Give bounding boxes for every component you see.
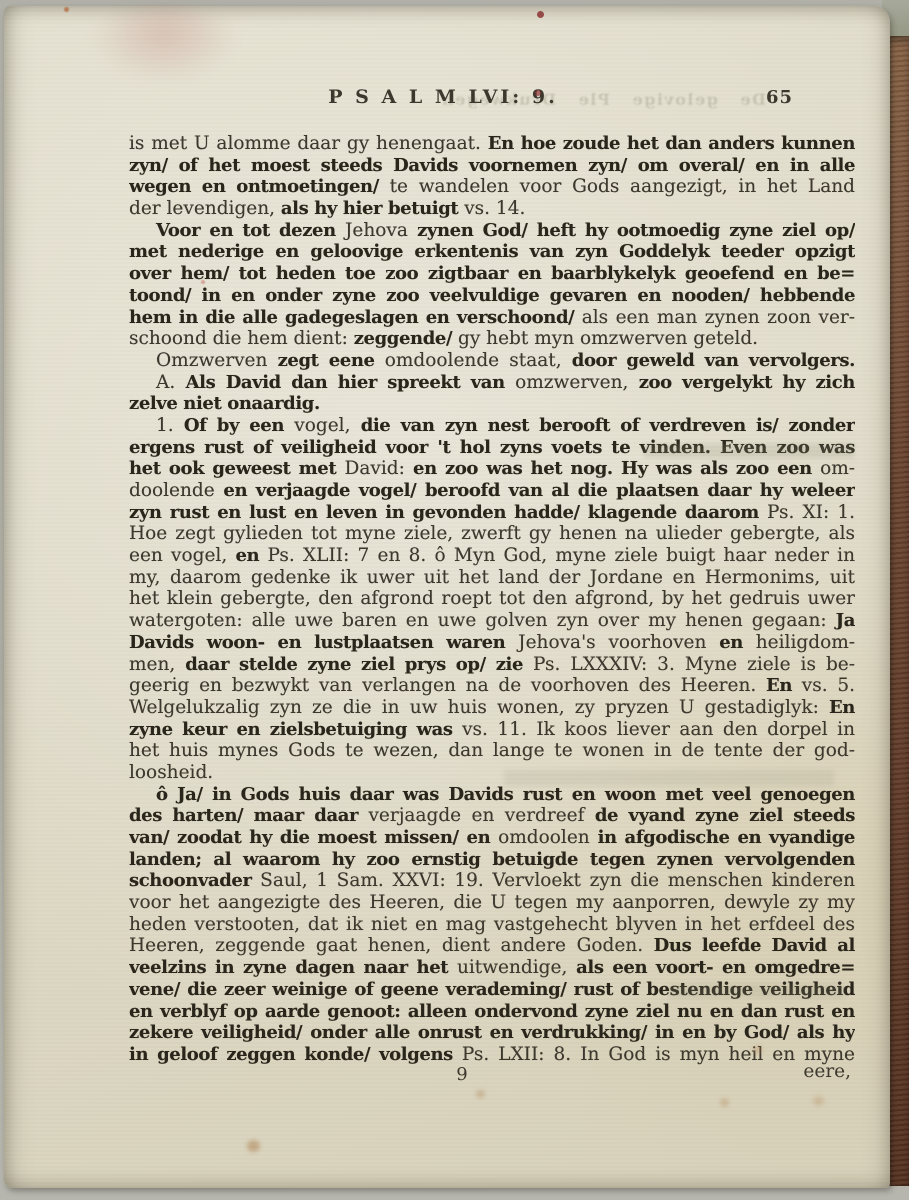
text-segment-roman: schoond die hem dient: xyxy=(129,328,354,349)
text-line: landen; al waarom hy zoo ernstig betuigd… xyxy=(129,849,855,871)
book-page-edge xyxy=(888,36,909,1186)
text-segment-roman: is met U alomme daar gy henengaat. xyxy=(129,133,488,154)
text-segment-blackletter: door geweld van vervolgers. xyxy=(572,350,855,371)
text-segment-blackletter: wegen en ontmoetingen/ xyxy=(129,176,390,197)
text-segment-blackletter: Dus leefde David al xyxy=(654,935,855,956)
text-line: het ook geweest met David: en zoo was he… xyxy=(129,458,855,480)
text-segment-roman: Hoe zegt gylieden tot myne ziele, zwerft… xyxy=(129,523,855,544)
text-segment-blackletter: En xyxy=(829,697,855,718)
text-segment-roman: uitwendige, xyxy=(457,957,576,978)
text-line: heden verstooten, dat ik niet en mag vas… xyxy=(129,914,855,936)
text-line: loosheid. xyxy=(129,762,855,784)
text-segment-roman: omdoolende staat, xyxy=(385,350,572,371)
text-segment-blackletter: en zoo was het nog. Hy was als zoo een xyxy=(413,458,820,479)
text-segment-blackletter: zynen God/ heft hy ootmoedig zyne ziel o… xyxy=(417,220,855,241)
text-segment-blackletter: ergens rust of veiligheid voor 't hol zy… xyxy=(129,437,855,458)
stain xyxy=(476,1090,485,1098)
text-line: een vogel, en Ps. XLII: 7 en 8. ô Myn Go… xyxy=(129,545,855,567)
text-line: over hem/ tot heden toe zoo zigtbaar en … xyxy=(129,263,855,285)
text-segment-roman: om- xyxy=(820,458,855,479)
text-line: Welgelukzalig zyn ze die in uw huis wone… xyxy=(129,697,855,719)
text-segment-blackletter: toond/ in en onder zyne zoo veelvuldige … xyxy=(129,285,855,306)
stain xyxy=(813,1096,824,1106)
text-segment-blackletter: zyn rust en lust en leven in gevonden ha… xyxy=(129,502,767,523)
text-segment-blackletter: schoonvader xyxy=(129,870,260,891)
text-segment-blackletter: over hem/ tot heden toe zoo zigtbaar en … xyxy=(129,263,855,284)
text-segment-blackletter: zelve niet onaardig. xyxy=(129,393,320,414)
text-segment-roman: heiligdom- xyxy=(756,632,855,653)
text-segment-roman: Ps. XI: 1. xyxy=(767,502,855,523)
text-segment-blackletter: Of by een xyxy=(184,415,294,436)
text-segment-roman: verjaagde en verdreef xyxy=(368,805,594,826)
text-segment-roman: omdoolen xyxy=(498,827,597,848)
text-line: der levendigen, als hy hier betuigt vs. … xyxy=(129,198,855,220)
text-segment-blackletter: en verblyf op aarde genoot: alleen onder… xyxy=(129,1001,855,1022)
text-segment-blackletter: in afgodische en vyandige xyxy=(598,827,855,848)
text-line: vene/ die zeer weinige of geene verademi… xyxy=(129,979,855,1001)
text-segment-roman: vs. 11. Ik koos liever aan den dorpel in xyxy=(462,719,855,740)
stain xyxy=(64,7,69,12)
text-segment-roman: A. xyxy=(156,372,186,393)
text-segment-roman: Heeren, zeggende gaat henen, dient ander… xyxy=(129,935,654,956)
text-line: en verblyf op aarde genoot: alleen onder… xyxy=(129,1001,855,1023)
text-segment-roman: vs. 5. xyxy=(802,675,855,696)
text-line: Davids woon- en lustplaatsen waren Jehov… xyxy=(129,632,855,654)
text-segment-blackletter: zoo vergelykt hy zich xyxy=(639,372,855,393)
text-segment-roman: vs. 14. xyxy=(464,198,525,219)
text-line: zekere veiligheid/ onder alle onrust en … xyxy=(129,1022,855,1044)
text-line: voor het aangezigte des Heeren, die U te… xyxy=(129,892,855,914)
text-line: geerig en bezwykt van verlangen na de vo… xyxy=(129,675,855,697)
page-title: P S A L M LVI: 9. xyxy=(125,86,761,108)
text-segment-roman: gy hebt myn omzwerven geteld. xyxy=(458,328,758,349)
text-segment-roman: vogel, xyxy=(294,415,360,436)
text-segment-roman: Welgelukzalig zyn ze die in uw huis wone… xyxy=(129,697,829,718)
page-header: P S A L M LVI: 9. 65 xyxy=(125,86,851,112)
text-segment-blackletter: zekere veiligheid/ onder alle onrust en … xyxy=(129,1022,855,1043)
text-segment-roman: Jehova xyxy=(345,220,417,241)
text-segment-blackletter: daar stelde zyne ziel prys op/ zie xyxy=(185,654,533,675)
text-segment-blackletter: Ja xyxy=(836,610,855,631)
catchword: eere, xyxy=(125,1061,851,1082)
text-line: Heeren, zeggende gaat henen, dient ander… xyxy=(129,935,855,957)
text-segment-roman: men, xyxy=(129,654,185,675)
text-line: zelve niet onaardig. xyxy=(129,393,855,415)
text-segment-roman: als een man zynen zoon ver- xyxy=(582,307,855,328)
text-segment-blackletter: van/ zoodat hy die moest missen/ en xyxy=(129,827,498,848)
text-segment-blackletter: het ook geweest met xyxy=(129,458,345,479)
text-segment-roman: watergoten: alle uwe baren en uwe golven… xyxy=(129,610,836,631)
text-line: van/ zoodat hy die moest missen/ en omdo… xyxy=(129,827,855,849)
text-segment-roman: voor het aangezigte des Heeren, die U te… xyxy=(129,892,855,913)
text-segment-roman: het huis mynes Gods te wezen, dan lange … xyxy=(129,740,855,761)
text-line: toond/ in en onder zyne zoo veelvuldige … xyxy=(129,285,855,307)
text-line: ergens rust of veiligheid voor 't hol zy… xyxy=(129,437,855,459)
text-line: zyne keur en zielsbetuiging was vs. 11. … xyxy=(129,719,855,741)
text-line: zyn rust en lust en leven in gevonden ha… xyxy=(129,502,855,524)
text-segment-blackletter: zegt eene xyxy=(278,350,385,371)
text-segment-roman: Ps. XLII: 7 en 8. ô Myn God, myne ziele … xyxy=(267,545,855,566)
text-segment-blackletter: vene/ die zeer weinige of geene verademi… xyxy=(129,979,855,1000)
text-segment-roman: 1. xyxy=(156,415,184,436)
text-line: het huis mynes Gods te wezen, dan lange … xyxy=(129,740,855,762)
text-segment-roman: Omzwerven xyxy=(156,350,278,371)
text-segment-blackletter: als hy hier betuigt xyxy=(281,198,464,219)
text-segment-blackletter: en verjaagde vogel/ beroofd van al die p… xyxy=(223,480,855,501)
text-line: Omzwerven zegt eene omdoolende staat, do… xyxy=(129,350,855,372)
text-line: schoonvader Saul, 1 Sam. XXVI: 19. Vervl… xyxy=(129,870,855,892)
text-line: men, daar stelde zyne ziel prys op/ zie … xyxy=(129,654,855,676)
text-segment-roman: omzwerven, xyxy=(515,372,639,393)
text-segment-roman: heden verstooten, dat ik niet en mag vas… xyxy=(129,914,855,935)
text-block: is met U alomme daar gy henengaat. En ho… xyxy=(129,133,855,1066)
text-line: A. Als David dan hier spreekt van omzwer… xyxy=(129,372,855,394)
text-segment-blackletter: als een voort- en omgedre= xyxy=(576,957,855,978)
stain xyxy=(720,1098,729,1107)
text-segment-roman: David: xyxy=(345,458,414,479)
text-segment-blackletter: ô Ja/ in Gods huis daar was Davids rust … xyxy=(156,784,855,805)
text-line: wegen en ontmoetingen/ te wandelen voor … xyxy=(129,176,855,198)
text-line: zyn/ of het moest steeds Davids voorneme… xyxy=(129,155,855,177)
text-line: is met U alomme daar gy henengaat. En ho… xyxy=(129,133,855,155)
text-line: veelzins in zyne dagen naar het uitwendi… xyxy=(129,957,855,979)
text-segment-blackletter: zyn/ of het moest steeds Davids voorneme… xyxy=(129,155,855,176)
text-segment-blackletter: en xyxy=(235,545,267,566)
text-line: my, daarom gedenke ik uwer uit het land … xyxy=(129,567,855,589)
text-segment-roman: Saul, 1 Sam. XXVI: 19. Vervloekt zyn die… xyxy=(260,870,855,891)
text-segment-blackletter: Davids woon- en lustplaatsen waren xyxy=(129,632,518,653)
text-segment-roman: het klein gebergte, den afgrond roept to… xyxy=(129,588,855,609)
book-page: De gelovige Ple Drukwegen P S A L M LVI:… xyxy=(4,6,890,1188)
text-line: hem in die alle gadegeslagen en verschoo… xyxy=(129,307,855,329)
text-segment-roman: der levendigen, xyxy=(129,198,281,219)
text-segment-blackletter: veelzins in zyne dagen naar het xyxy=(129,957,457,978)
text-segment-roman: my, daarom gedenke ik uwer uit het land … xyxy=(129,567,855,588)
text-segment-blackletter: en xyxy=(719,632,756,653)
text-segment-roman: geerig en bezwykt van verlangen na de vo… xyxy=(129,675,766,696)
book-scan: De gelovige Ple Drukwegen P S A L M LVI:… xyxy=(0,0,909,1200)
text-segment-blackletter: de vyand zyne ziel steeds xyxy=(595,805,855,826)
text-segment-blackletter: met nederige en geloovige erkentenis van… xyxy=(129,241,855,262)
text-segment-blackletter: En xyxy=(766,675,802,696)
text-segment-roman: Jehova's voorhoven xyxy=(518,632,719,653)
text-line: doolende en verjaagde vogel/ beroofd van… xyxy=(129,480,855,502)
text-segment-roman: doolende xyxy=(129,480,223,501)
text-line: ô Ja/ in Gods huis daar was Davids rust … xyxy=(129,784,855,806)
text-line: het klein gebergte, den afgrond roept to… xyxy=(129,588,855,610)
stain xyxy=(537,11,544,18)
text-segment-roman: te wandelen voor Gods aangezigt, in het … xyxy=(390,176,855,197)
text-line: des harten/ maar daar verjaagde en verdr… xyxy=(129,805,855,827)
text-segment-blackletter: hem in die alle gadegeslagen en verschoo… xyxy=(129,307,582,328)
text-segment-blackletter: En hoe zoude het dan anders kunnen xyxy=(488,133,855,154)
page-number: 65 xyxy=(766,87,793,108)
text-segment-blackletter: Voor en tot dezen xyxy=(156,220,345,241)
text-segment-blackletter: die van zyn nest berooft of verdreven is… xyxy=(361,415,855,436)
text-segment-blackletter: des harten/ maar daar xyxy=(129,805,368,826)
text-line: Hoe zegt gylieden tot myne ziele, zwerft… xyxy=(129,523,855,545)
stain xyxy=(89,6,239,84)
text-segment-roman: een vogel, xyxy=(129,545,235,566)
text-line: schoond die hem dient: zeggende/ gy hebt… xyxy=(129,328,855,350)
text-line: Voor en tot dezen Jehova zynen God/ heft… xyxy=(129,220,855,242)
text-line: met nederige en geloovige erkentenis van… xyxy=(129,241,855,263)
text-segment-roman: Ps. LXXXIV: 3. Myne ziele is be- xyxy=(533,654,855,675)
stain xyxy=(247,1140,260,1152)
text-line: watergoten: alle uwe baren en uwe golven… xyxy=(129,610,855,632)
text-segment-blackletter: zyne keur en zielsbetuiging was xyxy=(129,719,462,740)
text-segment-blackletter: landen; al waarom hy zoo ernstig betuigd… xyxy=(129,849,855,870)
text-segment-blackletter: zeggende/ xyxy=(354,328,458,349)
text-line: 1. Of by een vogel, die van zyn nest ber… xyxy=(129,415,855,437)
text-segment-roman: loosheid. xyxy=(129,762,213,783)
text-segment-blackletter: Als David dan hier spreekt van xyxy=(186,372,516,393)
